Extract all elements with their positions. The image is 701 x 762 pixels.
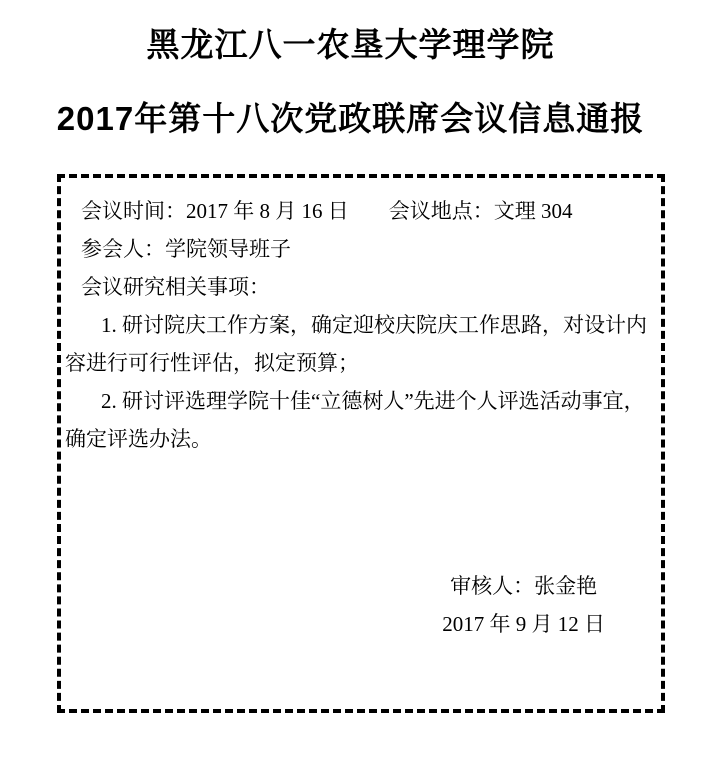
agenda-heading: 会议研究相关事项： bbox=[65, 268, 657, 306]
agenda-item-2: 2. 研讨评选理学院十佳“立德树人”先进个人评选活动事宜，确定评选办法。 bbox=[65, 382, 657, 458]
attendees-line: 参会人：学院领导班子 bbox=[65, 230, 657, 268]
reviewer-line: 审核人：张金艳 bbox=[442, 567, 605, 605]
meeting-place-text: 会议地点：文理 304 bbox=[389, 199, 573, 223]
agenda-item-1: 1. 研讨院庆工作方案，确定迎校庆院庆工作思路，对设计内容进行可行性评估，拟定预… bbox=[65, 306, 657, 382]
document-title-line2: 2017年第十八次党政联席会议信息通报 bbox=[0, 99, 701, 139]
date-line: 2017 年 9 月 12 日 bbox=[442, 605, 605, 643]
document-title-line1: 黑龙江八一农垦大学理学院 bbox=[0, 0, 701, 65]
document-page: 黑龙江八一农垦大学理学院 2017年第十八次党政联席会议信息通报 会议时间：20… bbox=[0, 0, 701, 762]
notice-dashed-box: 会议时间：2017 年 8 月 16 日会议地点：文理 304 参会人：学院领导… bbox=[57, 174, 665, 713]
meeting-info-line: 会议时间：2017 年 8 月 16 日会议地点：文理 304 bbox=[65, 192, 657, 230]
signature-block: 审核人：张金艳 2017 年 9 月 12 日 bbox=[442, 567, 605, 643]
meeting-time-text: 会议时间：2017 年 8 月 16 日 bbox=[81, 199, 349, 223]
